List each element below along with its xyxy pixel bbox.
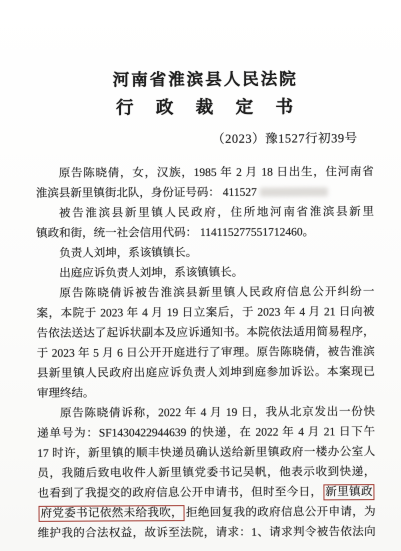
body-line: 维护我的合法权益，故诉至法院，请求：1、请求判令被告依法向 [38, 522, 376, 544]
redacted-id-number-smudge [260, 187, 328, 196]
court-name: 河南省淮滨县人民法院 [37, 69, 373, 91]
body-line: 于 2023 年 5 月 6 日公开开庭进行了审理。原告陈晓倩，被告淮滨 [37, 342, 375, 364]
line-text: 出庭应诉负责人刘坤，系该镇镇长。 [59, 267, 243, 280]
line-text: 17 时许，新里镇的顺丰快递员确认送给新里镇政府一楼办公室人 [37, 446, 375, 460]
document-body: 原告陈晓倩，女，汉族，1985 年 2 月 18 日出生，住河南省淮滨县新里镇街… [36, 162, 376, 544]
scanned-court-document: 河南省淮滨县人民法院 行 政 裁 定 书 （2023）豫1527行初39号 原告… [0, 0, 401, 551]
body-line: 案，本院于 2023 年 4 月 19 日立案后，于 2023 年 4 月 21… [36, 302, 374, 324]
line-text: 原告陈晓倩诉称，2022 年 4 月 19 日，我从北京发出一份快 [60, 406, 375, 420]
line-text: 原告陈晓倩，女，汉族，1985 年 2 月 18 日出生，住河南省 [59, 166, 374, 180]
body-line: 审理终结。 [37, 382, 375, 404]
document-type-title: 行 政 裁 定 书 [44, 95, 373, 119]
line-text: 淮滨县新里镇街北队，身份证号码： 411527 [36, 187, 257, 200]
line-text: 原告陈晓倩诉被告淮滨县新里镇人民政府信息公开纠纷一 [59, 286, 374, 300]
document-sheet: 河南省淮滨县人民法院 行 政 裁 定 书 （2023）豫1527行初39号 原告… [0, 0, 401, 544]
red-highlight-box: 府党委书记依然未给我吹， [39, 505, 186, 522]
body-line: 县新里镇人民政府出庭应诉负责人刘坤到庭参加诉讼。本案现已 [37, 362, 375, 384]
body-line: 原告陈晓倩诉被告淮滨县新里镇人民政府信息公开纠纷一 [36, 282, 374, 304]
body-line: 原告陈晓倩诉称，2022 年 4 月 19 日，我从北京发出一份快 [37, 402, 375, 424]
line-text: 被告淮滨县新里镇人民政府，住所地河南省淮滨县新里 [59, 206, 374, 220]
body-line: 员，我随后致电收件人新里镇党委书记吴帆，他表示收到快递， [37, 462, 375, 484]
line-text: 县新里镇人民政府出庭应诉负责人刘坤到庭参加诉讼。本案现已 [37, 366, 375, 380]
line-text: 审理终结。 [37, 388, 95, 400]
body-line: 淮滨县新里镇街北队，身份证号码： 411527 [36, 182, 374, 204]
body-line: 出庭应诉负责人刘坤，系该镇镇长。 [36, 262, 374, 284]
line-text: 拒绝回复我的政府信息公开申请，为 [186, 506, 376, 519]
line-text: 维护我的合法权益，故诉至法院，请求：1、请求判令被告依法向 [38, 526, 376, 540]
line-text: 案，本院于 2023 年 4 月 19 日立案后，于 2023 年 4 月 21… [36, 306, 374, 320]
body-line: 告依法送达了起诉状副本及应诉通知书。本院依法适用简易程序， [37, 322, 375, 344]
line-text: 于 2023 年 5 月 6 日公开开庭进行了审理。原告陈晓倩，被告淮滨 [37, 346, 375, 360]
body-line: 17 时许，新里镇的顺丰快递员确认送给新里镇政府一楼办公室人 [37, 442, 375, 464]
body-line: 被告淮滨县新里镇人民政府，住所地河南省淮滨县新里 [36, 202, 374, 224]
body-line: 也看到了我提交的政府信息公开申请书，但时至今日，新里镇政 [37, 482, 375, 504]
body-line: 府党委书记依然未给我吹，拒绝回复我的政府信息公开申请，为 [37, 502, 375, 524]
line-text: 也看到了我提交的政府信息公开申请书，但时至今日， [37, 486, 322, 499]
line-text: 负责人刘坤，系该镇镇长。 [59, 247, 197, 260]
line-text: 员，我随后致电收件人新里镇党委书记吴帆，他表示收到快递， [37, 466, 375, 480]
body-line: 负责人刘坤，系该镇镇长。 [36, 242, 374, 264]
line-text: 告依法送达了起诉状副本及应诉通知书。本院依法适用简易程序， [37, 326, 375, 340]
body-line: 镇政和街，统一社会信用代码： 114115277551712460。 [36, 222, 374, 244]
line-text: 镇政和街，统一社会信用代码： 114115277551712460。 [36, 226, 314, 239]
line-text: 递单号为：SF1430422944639 的快递，在 2022 年 4 月 21… [37, 426, 375, 440]
body-line: 递单号为：SF1430422944639 的快递，在 2022 年 4 月 21… [37, 422, 375, 444]
red-highlight-box: 新里镇政 [323, 484, 374, 500]
body-line: 原告陈晓倩，女，汉族，1985 年 2 月 18 日出生，住河南省 [36, 162, 374, 184]
case-number: （2023）豫1527行初39号 [36, 131, 374, 148]
